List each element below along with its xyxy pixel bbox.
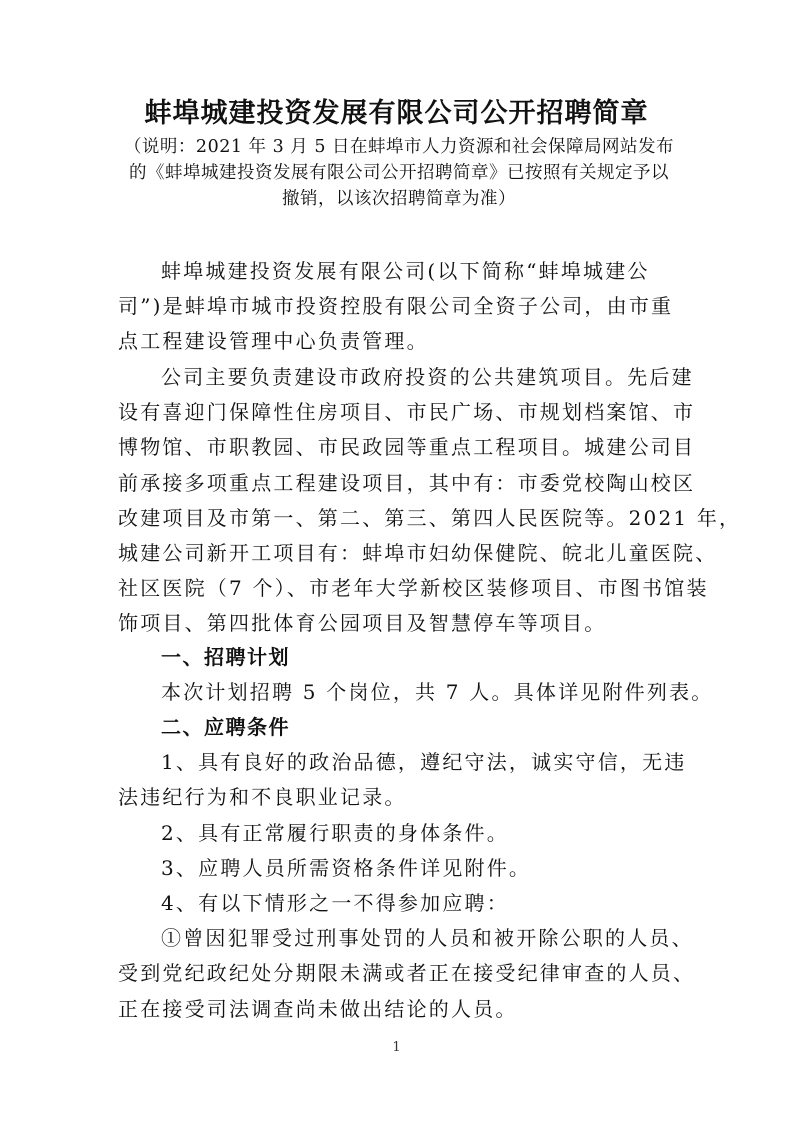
- paragraph-line: 社区医院（7 个）、市老年大学新校区装修项目、市图书馆装: [118, 571, 678, 606]
- document-page: 蚌埠城建投资发展有限公司公开招聘简章 （说明：2021 年 3 月 5 日在蚌埠…: [0, 0, 793, 1122]
- section-heading: 一、招聘计划: [118, 640, 678, 675]
- section-requirements: 二、应聘条件 1、具有良好的政治品德，遵纪守法，诚实守信，无违 法违纪行为和不良…: [118, 710, 678, 1027]
- exclusion-item: ①曾因犯罪受过刑事处罚的人员和被开除公职的人员、: [118, 921, 678, 956]
- paragraph-line: 前承接多项重点工程建设项目，其中有：市委党校陶山校区: [118, 466, 678, 501]
- paragraph-line: 设有喜迎门保障性住房项目、市民广场、市规划档案馆、市: [118, 395, 678, 430]
- paragraph-line: 蚌埠城建投资发展有限公司(以下简称“蚌埠城建公: [118, 254, 678, 289]
- exclusion-item-continuation: 受到党纪政纪处分期限未满或者正在接受纪律审查的人员、: [118, 956, 678, 991]
- note-line: 的《蚌埠城建投资发展有限公司公开招聘简章》已按照有关规定予以: [118, 160, 680, 186]
- paragraph-line: 城建公司新开工项目有：蚌埠市妇幼保健院、皖北儿童医院、: [118, 536, 678, 571]
- revocation-note: （说明：2021 年 3 月 5 日在蚌埠市人力资源和社会保障局网站发布 的《蚌…: [118, 134, 680, 212]
- section-heading: 二、应聘条件: [118, 710, 678, 745]
- requirement-item: 2、具有正常履行职责的身体条件。: [118, 816, 678, 851]
- paragraph-line: 点工程建设管理中心负责管理。: [118, 324, 678, 359]
- paragraph-line: 司”)是蚌埠市城市投资控股有限公司全资子公司，由市重: [118, 289, 678, 324]
- requirement-item: 1、具有良好的政治品德，遵纪守法，诚实守信，无违: [118, 745, 678, 780]
- page-number: 1: [0, 1040, 793, 1055]
- intro-paragraph: 蚌埠城建投资发展有限公司(以下简称“蚌埠城建公 司”)是蚌埠市城市投资控股有限公…: [118, 254, 678, 360]
- projects-paragraph: 公司主要负责建设市政府投资的公共建筑项目。先后建 设有喜迎门保障性住房项目、市民…: [118, 360, 678, 642]
- requirement-item-continuation: 法违纪行为和不良职业记录。: [118, 780, 678, 815]
- section-recruitment-plan: 一、招聘计划 本次计划招聘 5 个岗位，共 7 人。具体详见附件列表。: [118, 640, 678, 710]
- note-line: 撤销，以该次招聘简章为准）: [118, 186, 680, 212]
- requirement-item: 3、应聘人员所需资格条件详见附件。: [118, 851, 678, 886]
- exclusion-item-continuation: 正在接受司法调查尚未做出结论的人员。: [118, 992, 678, 1027]
- requirement-item: 4、有以下情形之一不得参加应聘：: [118, 886, 678, 921]
- paragraph-line: 改建项目及市第一、第二、第三、第四人民医院等。2021 年，: [118, 501, 678, 536]
- note-line: （说明：2021 年 3 月 5 日在蚌埠市人力资源和社会保障局网站发布: [118, 134, 680, 160]
- paragraph-line: 本次计划招聘 5 个岗位，共 7 人。具体详见附件列表。: [118, 675, 678, 710]
- paragraph-line: 饰项目、第四批体育公园项目及智慧停车等项目。: [118, 606, 678, 641]
- document-title: 蚌埠城建投资发展有限公司公开招聘简章: [0, 96, 793, 132]
- paragraph-line: 博物馆、市职教园、市民政园等重点工程项目。城建公司目: [118, 430, 678, 465]
- paragraph-line: 公司主要负责建设市政府投资的公共建筑项目。先后建: [118, 360, 678, 395]
